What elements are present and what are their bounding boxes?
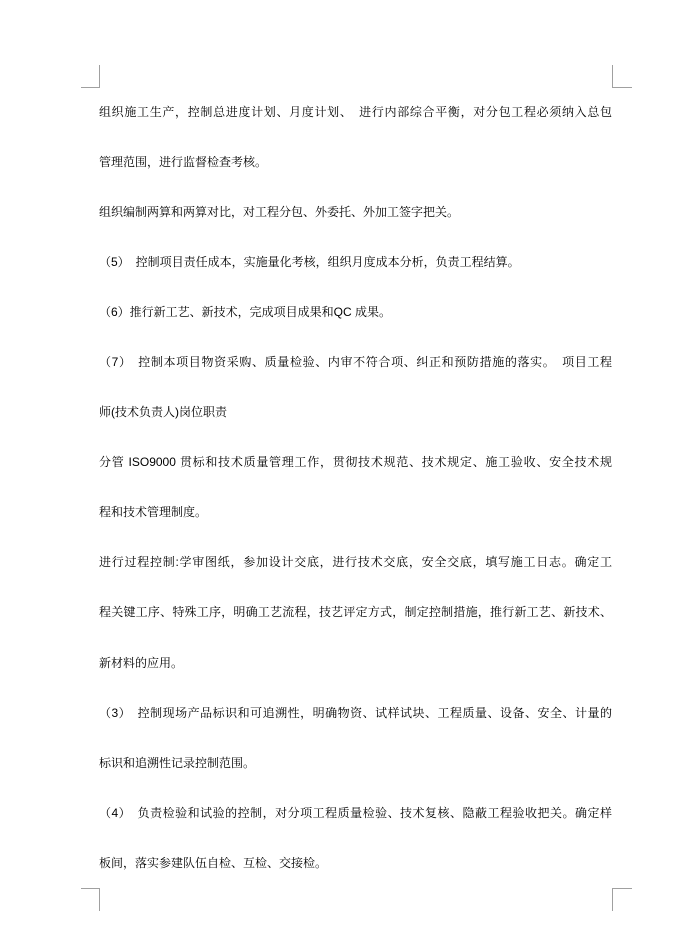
text-line: 组织施工生产，控制总进度计划、月度计划、 进行内部综合平衡，对分包工程必须纳入总… [99, 87, 612, 137]
text-line: 程和技术管理制度。 [99, 487, 612, 537]
crop-mark-top-right-icon [612, 65, 632, 88]
text-line: 组织编制两算和两算对比，对工程分包、外委托、外加工签字把关。 [99, 187, 612, 237]
text-area: 组织施工生产，控制总进度计划、月度计划、 进行内部综合平衡，对分包工程必须纳入总… [99, 87, 612, 888]
text-line: （6）推行新工艺、新技术，完成项目成果和QC 成果。 [99, 287, 612, 337]
text-line: 板间，落实参建队伍自检、互检、交接检。 [99, 838, 612, 888]
text-line: 程关键工序、特殊工序，明确工艺流程，技艺评定方式，制定控制措施，推行新工艺、新技… [99, 587, 612, 637]
text-line: （4） 负责检验和试验的控制，对分项工程质量检验、技术复核、隐蔽工程验收把关。确… [99, 788, 612, 838]
text-line: 分管 ISO9000 贯标和技术质量管理工作，贯彻技术规范、技术规定、施工验收、… [99, 437, 612, 487]
text-line: 师(技术负责人)岗位职责 [99, 387, 612, 437]
text-line: 新材料的应用。 [99, 638, 612, 688]
text-line: （3） 控制现场产品标识和可追溯性，明确物资、试样试块、工程质量、设备、安全、计… [99, 688, 612, 738]
crop-mark-bottom-right-icon [612, 888, 632, 911]
text-line: 进行过程控制:学审图纸，参加设计交底，进行技术交底，安全交底，填写施工日志。确定… [99, 537, 612, 587]
text-line: 管理范围，进行监督检查考核。 [99, 137, 612, 187]
text-line: （5） 控制项目责任成本，实施量化考核，组织月度成本分析，负责工程结算。 [99, 237, 612, 287]
text-line: 标识和追溯性记录控制范围。 [99, 738, 612, 788]
crop-mark-top-left-icon [81, 65, 100, 88]
text-line: （7） 控制本项目物资采购、质量检验、内审不符合项、纠正和预防措施的落实。 项目… [99, 337, 612, 387]
crop-mark-bottom-left-icon [81, 888, 100, 911]
document-page: 组织施工生产，控制总进度计划、月度计划、 进行内部综合平衡，对分包工程必须纳入总… [0, 0, 683, 934]
